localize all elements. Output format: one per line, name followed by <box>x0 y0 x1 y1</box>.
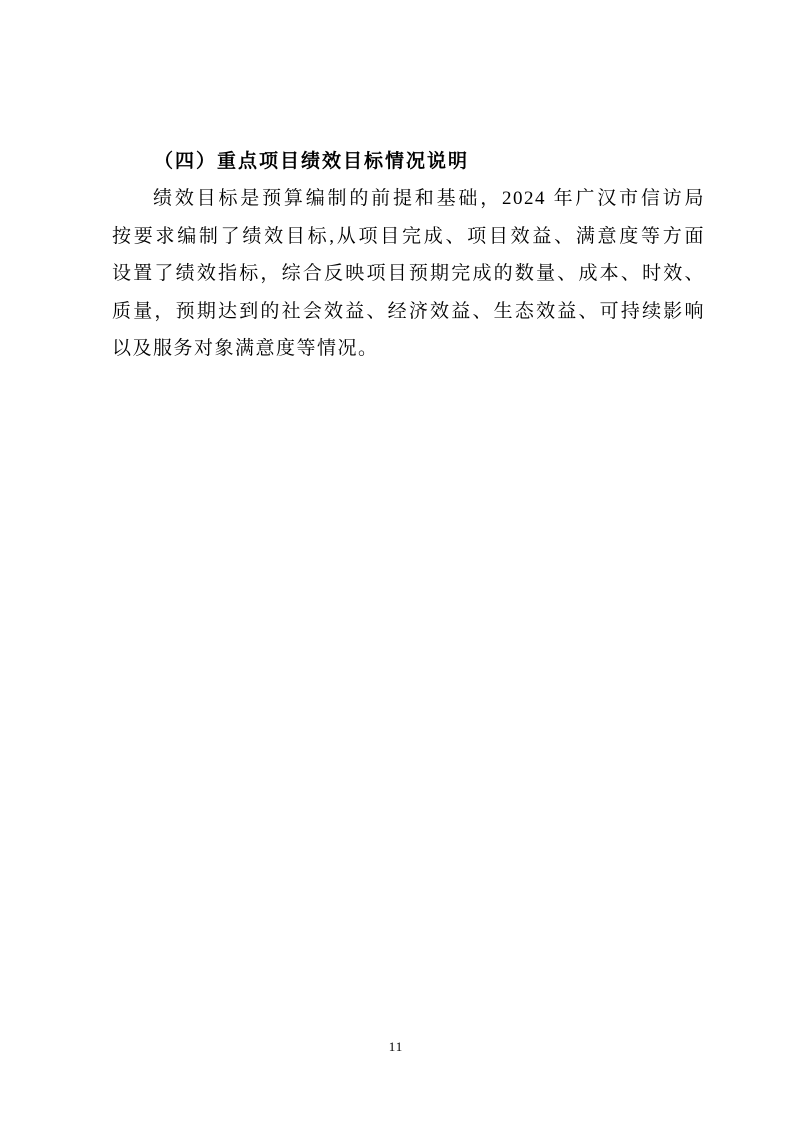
section-heading: （四）重点项目绩效目标情况说明 <box>112 143 705 181</box>
body-line: 设置了绩效指标，综合反映项目预期完成的数量、成本、时效、 <box>112 255 705 293</box>
body-line: 质量，预期达到的社会效益、经济效益、生态效益、可持续影响 <box>112 293 705 331</box>
body-line: 按要求编制了绩效目标,从项目完成、项目效益、满意度等方面 <box>112 218 705 256</box>
page-number: 11 <box>0 1038 792 1056</box>
body-paragraph: 绩效目标是预算编制的前提和基础，2024 年广汉市信访局 按要求编制了绩效目标,… <box>112 180 705 368</box>
document-page: （四）重点项目绩效目标情况说明 绩效目标是预算编制的前提和基础，2024 年广汉… <box>0 0 792 1122</box>
body-line: 以及服务对象满意度等情况。 <box>112 330 705 368</box>
body-line: 绩效目标是预算编制的前提和基础，2024 年广汉市信访局 <box>112 180 705 218</box>
